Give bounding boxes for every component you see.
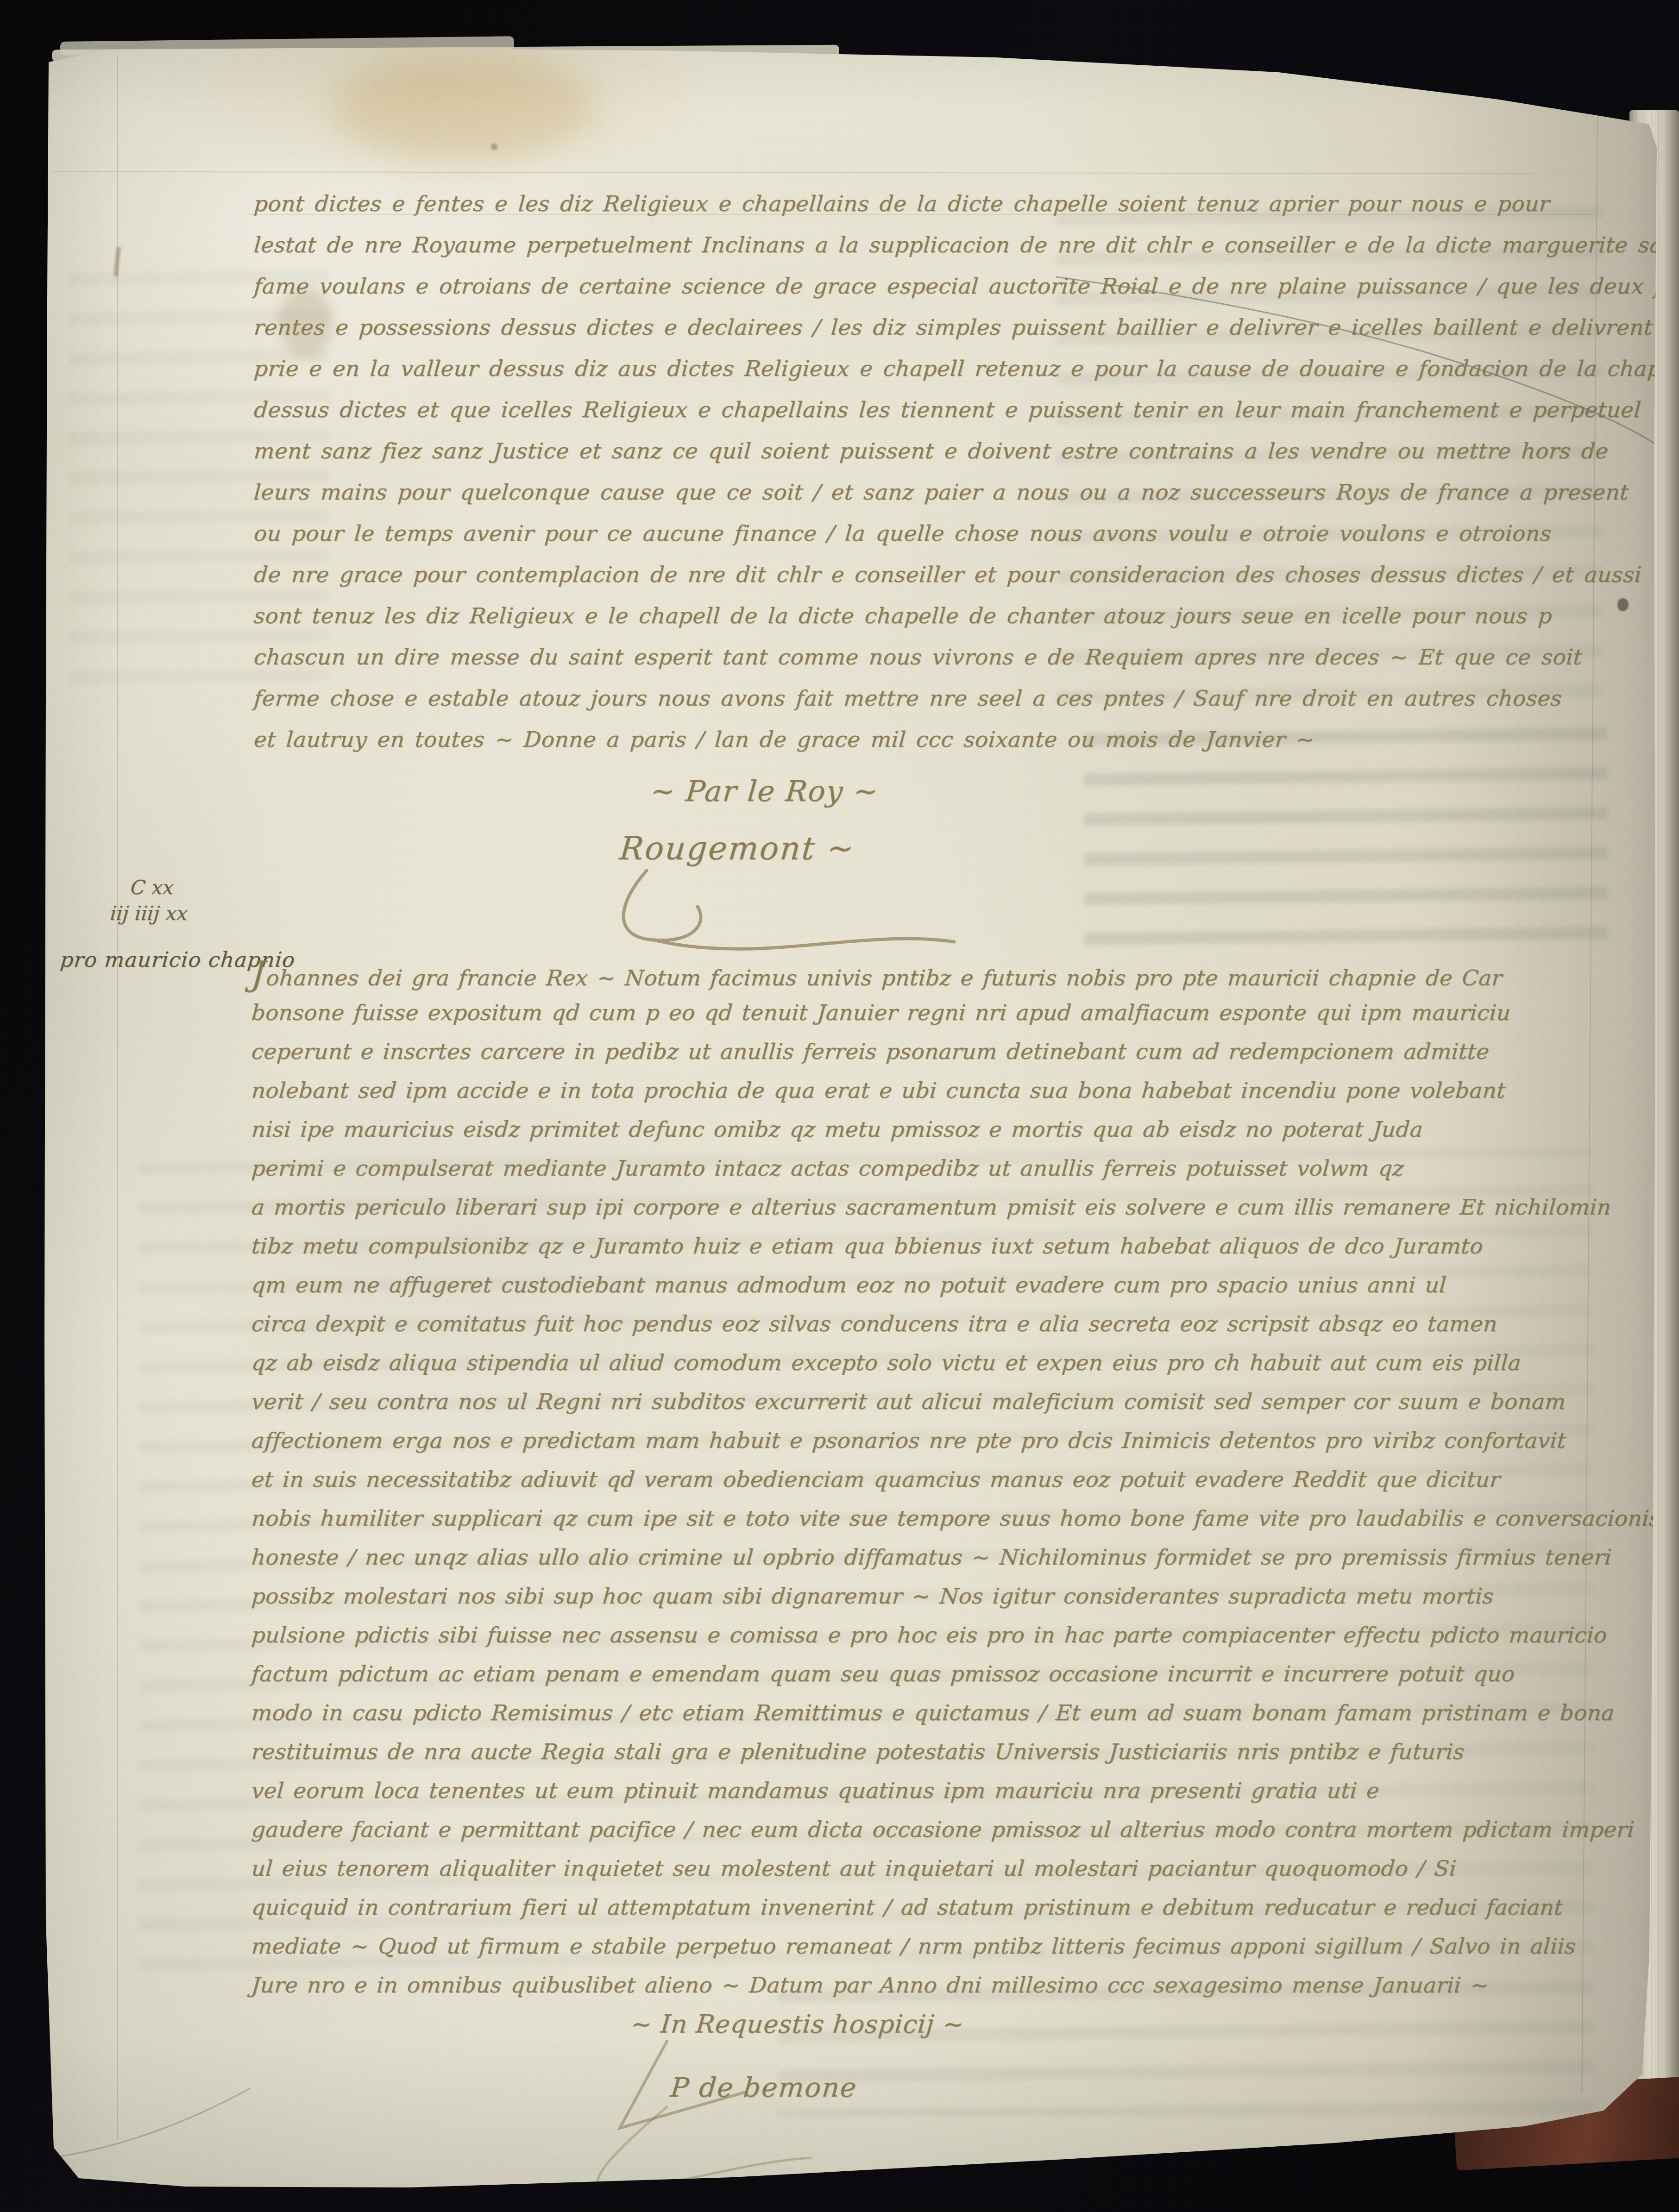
text-line: ul eius tenorem aliqualiter inquietet se… [250,1849,1661,1888]
ruling-line-horizontal-top [52,171,1594,175]
signature-flourish [602,867,973,955]
parchment-stain [333,51,593,162]
parchment-crease [46,2070,269,2172]
text-line: tibz metu compulsionibz qz e Juramto hui… [250,1227,1661,1266]
margin-tally-note-2: iij iiij xx [109,902,189,925]
ink-speck-small [491,144,497,150]
text-line: modo in casu pdicto Remisimus / etc etia… [250,1694,1661,1733]
margin-tally-note-1: C xx [130,876,175,899]
text-line: leurs mains pour quelconque cause que ce… [252,472,1679,513]
text-line: a mortis periculo liberari sup ipi corpo… [250,1188,1661,1227]
text-line: lestat de nre Royaume perpetuelment Incl… [252,225,1679,266]
text-line: ment sanz fiez sanz Justice et sanz ce q… [252,431,1679,472]
text-line: vel eorum loca tenentes ut eum ptinuit m… [250,1772,1661,1811]
clerk-signature-p-de-bemone: P de bemone [669,2072,858,2103]
chancery-signature-rougemont: Rougemont ~ [618,831,857,867]
text-line: nisi ipe mauricius eisdz primitet defunc… [250,1110,1661,1149]
latin-royal-act-text-block: Johannes dei gra francie Rex ~ Notum fac… [250,955,1659,2005]
text-line: ou pour le temps avenir pour ce aucune f… [252,513,1679,554]
text-line: nolebant sed ipm accide e in tota prochi… [250,1072,1661,1110]
french-royal-act-text-block: pont dictes e fentes e les diz Religieux… [252,183,1679,760]
ruling-line-vertical-left [117,56,118,2139]
text-line: qm eum ne affugeret custodiebant manus a… [250,1266,1661,1305]
text-line: de nre grace pour contemplacion de nre d… [252,554,1679,595]
parchment-page: pont dictes e fentes e les diz Religieux… [0,0,1679,2212]
text-line: prie e en la valleur dessus diz aus dict… [252,348,1679,389]
text-line: qz ab eisdz aliqua stipendia ul aliud co… [250,1344,1661,1383]
text-line: et in suis necessitatibz adiuvit qd vera… [250,1460,1661,1499]
text-line: honeste / nec unqz alias ullo alio crimi… [250,1538,1661,1577]
text-line: affectionem erga nos e predictam mam hab… [250,1422,1661,1460]
subscription-in-requestis-hospicij: ~ In Requestis hospicij ~ [629,2010,965,2039]
text-line: fame voulans e otroians de certaine scie… [252,266,1679,307]
text-line: gaudere faciant e permittant pacifice / … [250,1811,1661,1849]
text-line: mediate ~ Quod ut firmum e stabile perpe… [250,1927,1661,1966]
text-line: quicquid in contrarium fieri ul attempta… [250,1888,1661,1927]
text-line: dessus dictes et que icelles Religieux e… [252,389,1679,431]
text-line: circa dexpit e comitatus fuit hoc pendus… [250,1305,1661,1344]
text-line: restituimus de nra aucte Regia stali gra… [250,1733,1661,1772]
text-line: bonsone fuisse expositum qd cum p eo qd … [250,994,1661,1033]
text-line: possibz molestari nos sibi sup hoc quam … [250,1577,1661,1616]
text-line: Jure nro e in omnibus quibuslibet alieno… [250,1966,1661,2005]
text-line: verit / seu contra nos ul Regni nri subd… [250,1383,1661,1422]
text-line: rentes e possessions dessus dictes e dec… [252,307,1679,348]
text-line: pulsione pdictis sibi fuisse nec assensu… [250,1616,1661,1655]
authorization-par-le-roy: ~ Par le Roy ~ [649,774,880,808]
text-line: chascun un dire messe du saint esperit t… [252,637,1679,678]
text-line: ceperunt e inscrtes carcere in pedibz ut… [250,1033,1661,1072]
text-line: factum pdictum ac etiam penam e emendam … [250,1655,1661,1694]
text-line: sont tenuz les diz Religieux e le chapel… [252,595,1679,637]
manuscript-photograph: pont dictes e fentes e les diz Religieux… [0,0,1679,2212]
signature-tail-flourish [579,2102,820,2195]
text-line: et lautruy en toutes ~ Donne a paris / l… [252,719,1679,760]
text-line: perimi e compulserat mediante Juramto in… [250,1149,1661,1188]
text-line: nobis humiliter supplicari qz cum ipe si… [250,1499,1661,1538]
text-line: pont dictes e fentes e les diz Religieux… [252,183,1679,225]
text-line: Johannes dei gra francie Rex ~ Notum fac… [250,955,1661,994]
text-line: ferme chose e estable atouz jours nous a… [252,678,1679,719]
